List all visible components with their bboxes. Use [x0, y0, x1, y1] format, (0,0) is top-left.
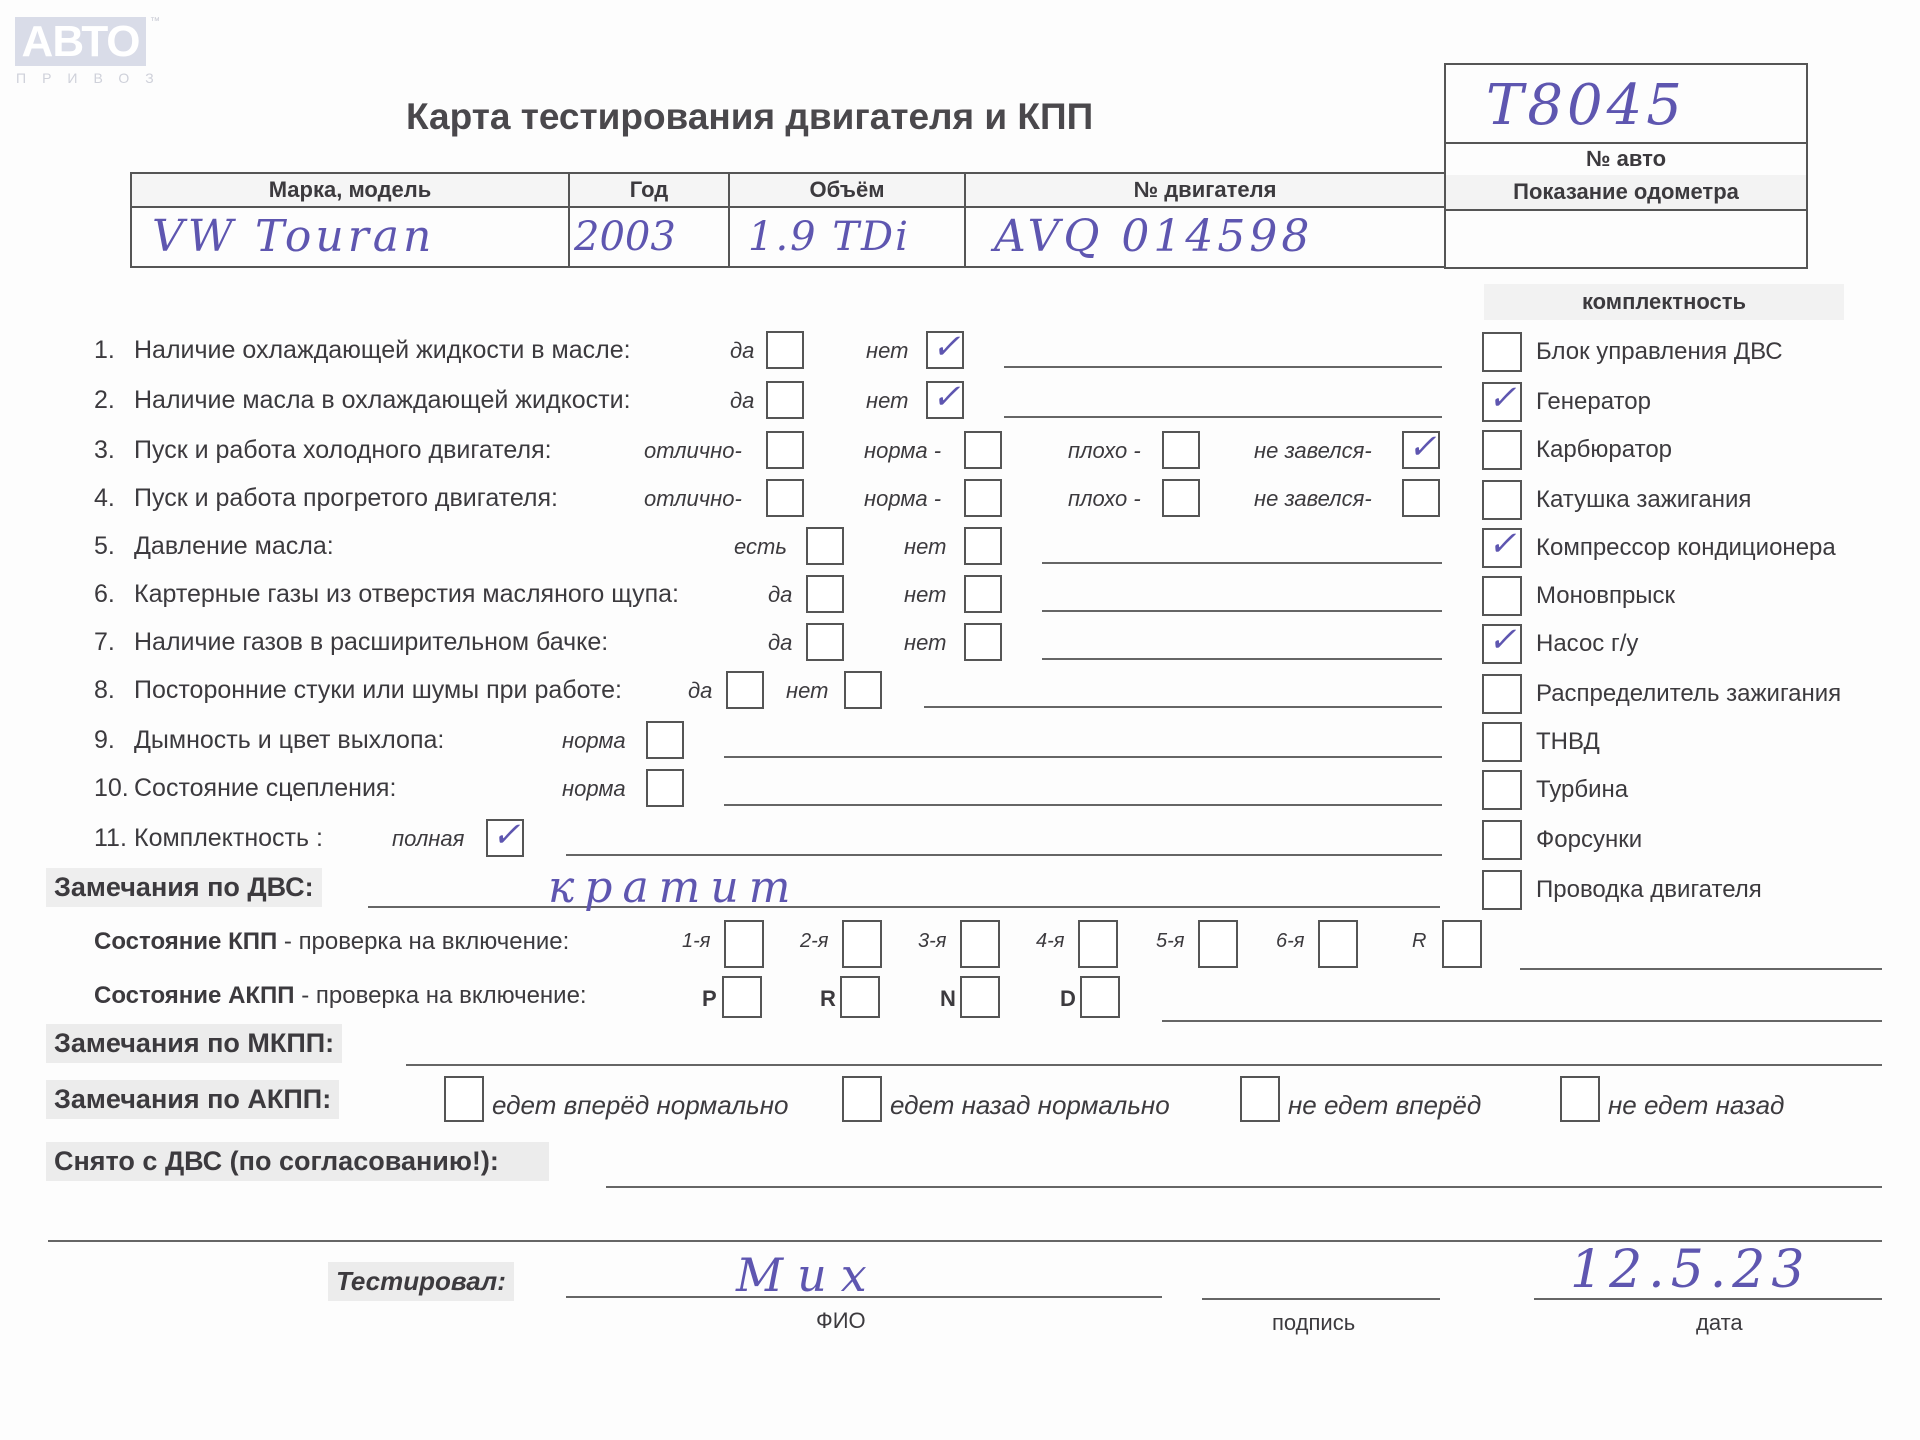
auto-gearbox-label-bold: Состояние АКПП — [94, 982, 295, 1009]
auto-gearbox-label-rest: - проверка на включение: — [295, 982, 587, 1009]
option-checkbox[interactable]: ✓ — [1402, 431, 1440, 469]
gear-checkbox[interactable] — [960, 920, 1000, 968]
check-question: Наличие газов в расширительном бачке: — [134, 628, 608, 657]
document-title: Карта тестирования двигателя и КПП — [406, 96, 1093, 138]
checkmark-icon: ✓ — [932, 327, 961, 367]
option-label: да — [730, 338, 754, 364]
remarks-engine-value: кратит — [548, 862, 800, 913]
notes-line[interactable] — [1042, 562, 1442, 564]
vehicle-col-volume[interactable]: Объём 1.9 TDi — [730, 174, 966, 266]
gear-label: 3-я — [918, 930, 946, 953]
logo: АВТО — [15, 17, 146, 66]
option-checkbox[interactable] — [964, 431, 1002, 469]
notes-line[interactable] — [924, 706, 1442, 708]
check-question: Состояние сцепления: — [134, 774, 396, 803]
option-label: плохо - — [1068, 486, 1141, 512]
completeness-checkbox[interactable]: ✓ — [1482, 624, 1522, 664]
option-label: полная — [392, 826, 464, 852]
removed-line[interactable] — [606, 1186, 1882, 1188]
check-number: 2. — [94, 386, 115, 415]
position-checkbox[interactable] — [722, 976, 762, 1018]
checkmark-icon: ✓ — [932, 377, 961, 417]
option-checkbox[interactable] — [646, 769, 684, 807]
notes-line[interactable] — [1042, 610, 1442, 612]
completeness-checkbox[interactable] — [1482, 332, 1522, 372]
option-checkbox[interactable] — [766, 381, 804, 419]
auto-gearbox-label: Состояние АКПП - проверка на включение: — [94, 982, 587, 1010]
check-question: Картерные газы из отверстия масляного щу… — [134, 580, 679, 609]
check-number: 3. — [94, 436, 115, 465]
akpp-remark-label: едет назад нормально — [890, 1090, 1170, 1121]
akpp-remark-checkbox[interactable] — [842, 1076, 882, 1122]
logo-subtitle: ПРИВОЗ — [16, 70, 170, 86]
check-question: Пуск и работа прогретого двигателя: — [134, 484, 558, 513]
auto-number-value: T8045 — [1486, 73, 1686, 138]
check-number: 7. — [94, 628, 115, 657]
signature-caption: подпись — [1272, 1310, 1355, 1336]
option-checkbox[interactable] — [964, 623, 1002, 661]
option-label: норма - — [864, 438, 941, 464]
completeness-label: Турбина — [1536, 776, 1628, 804]
akpp-remark-label: едет вперёд нормально — [492, 1090, 788, 1121]
completeness-label: Компрессор кондиционера — [1536, 534, 1836, 562]
position-checkbox[interactable] — [960, 976, 1000, 1018]
option-label: отлично- — [644, 438, 742, 464]
option-checkbox[interactable] — [1162, 431, 1200, 469]
check-number: 5. — [94, 532, 115, 561]
akpp-remark-checkbox[interactable] — [444, 1076, 484, 1122]
tester-name-value: Мих — [736, 1248, 881, 1302]
option-label: нет — [904, 630, 946, 656]
position-label: R — [820, 986, 836, 1012]
header-engine-number: № двигателя — [966, 174, 1444, 206]
volume-value: 1.9 TDi — [748, 208, 964, 266]
tester-name-caption: ФИО — [816, 1308, 866, 1334]
engine-number-value: AVQ 014598 — [994, 208, 1444, 266]
remarks-engine-label: Замечания по ДВС: — [46, 868, 322, 907]
completeness-label: Карбюратор — [1536, 436, 1672, 464]
manual-gearbox-notes-line[interactable] — [1520, 968, 1882, 970]
notes-line[interactable] — [1042, 658, 1442, 660]
checkmark-icon: ✓ — [1408, 427, 1437, 467]
gear-checkbox[interactable] — [842, 920, 882, 968]
logo-trademark: ™ — [150, 16, 160, 27]
gear-checkbox[interactable] — [1198, 920, 1238, 968]
completeness-checkbox[interactable] — [1482, 576, 1522, 616]
option-label: норма — [562, 776, 626, 802]
auto-number-label: № авто — [1446, 142, 1806, 177]
option-checkbox[interactable]: ✓ — [926, 331, 964, 369]
completeness-label: Проводка двигателя — [1536, 876, 1762, 904]
check-question: Дымность и цвет выхлопа: — [134, 726, 444, 755]
notes-line[interactable] — [1004, 366, 1442, 368]
completeness-label: ТНВД — [1536, 728, 1600, 756]
position-label: N — [940, 986, 956, 1012]
header-volume: Объём — [730, 174, 964, 206]
position-checkbox[interactable] — [1080, 976, 1120, 1018]
removed-label: Снято с ДВС (по согласованию!): — [46, 1142, 549, 1181]
remarks-engine-line[interactable] — [368, 906, 1440, 908]
date-value: 12.5.23 — [1570, 1240, 1810, 1300]
option-label: да — [688, 678, 712, 704]
notes-line[interactable] — [566, 854, 1442, 856]
option-checkbox[interactable]: ✓ — [926, 381, 964, 419]
completeness-label: Насос г/у — [1536, 630, 1638, 658]
checkmark-icon: ✓ — [492, 815, 521, 855]
checkmark-icon: ✓ — [1488, 620, 1517, 660]
completeness-checkbox[interactable] — [1482, 674, 1522, 714]
completeness-checkbox[interactable]: ✓ — [1482, 382, 1522, 422]
option-label: да — [768, 582, 792, 608]
check-number: 9. — [94, 726, 115, 755]
gear-checkbox[interactable] — [1318, 920, 1358, 968]
option-label: есть — [734, 534, 787, 560]
auto-number-box: T8045 № авто Показание одометра — [1444, 63, 1808, 269]
year-value: 2003 — [574, 208, 728, 266]
completeness-header: комплектность — [1484, 284, 1844, 320]
option-label: не завелся- — [1254, 486, 1372, 512]
completeness-checkbox[interactable] — [1482, 770, 1522, 810]
option-checkbox[interactable] — [964, 575, 1002, 613]
auto-gearbox-notes-line[interactable] — [1162, 1020, 1882, 1022]
position-checkbox[interactable] — [840, 976, 880, 1018]
option-label: норма — [562, 728, 626, 754]
manual-gearbox-label-bold: Состояние КПП — [94, 928, 277, 955]
notes-line[interactable] — [724, 756, 1442, 758]
check-question: Комплектность : — [134, 824, 323, 853]
completeness-label: Форсунки — [1536, 826, 1642, 854]
completeness-checkbox[interactable] — [1482, 722, 1522, 762]
option-label: нет — [904, 582, 946, 608]
option-label: отлично- — [644, 486, 742, 512]
completeness-checkbox[interactable] — [1482, 820, 1522, 860]
completeness-label: Распределитель зажигания — [1536, 680, 1841, 708]
vehicle-table: Марка, модель VW Touran Год 2003 Объём 1… — [130, 172, 1446, 268]
option-label: не завелся- — [1254, 438, 1372, 464]
gear-checkbox[interactable] — [1078, 920, 1118, 968]
option-label: да — [768, 630, 792, 656]
remarks-auto-label: Замечания по АКПП: — [46, 1080, 339, 1119]
completeness-checkbox[interactable] — [1482, 430, 1522, 470]
check-number: 1. — [94, 336, 115, 365]
manual-gearbox-label-rest: - проверка на включение: — [277, 928, 569, 955]
gear-label: 1-я — [682, 930, 710, 953]
odometer-label: Показание одометра — [1446, 175, 1806, 211]
option-checkbox[interactable] — [964, 479, 1002, 517]
position-label: D — [1060, 986, 1076, 1012]
notes-line[interactable] — [1004, 416, 1442, 418]
checkmark-icon: ✓ — [1488, 378, 1517, 418]
gear-label: 4-я — [1036, 930, 1064, 953]
remarks-manual-label: Замечания по МКПП: — [46, 1024, 342, 1063]
gear-label: R — [1412, 930, 1426, 953]
notes-line[interactable] — [724, 804, 1442, 806]
header-model: Марка, модель — [132, 174, 568, 206]
check-question: Давление масла: — [134, 532, 334, 561]
check-number: 6. — [94, 580, 115, 609]
option-checkbox[interactable]: ✓ — [486, 819, 524, 857]
option-checkbox[interactable] — [806, 575, 844, 613]
odometer-field[interactable] — [1446, 211, 1806, 267]
option-checkbox[interactable] — [806, 527, 844, 565]
check-question: Наличие охлаждающей жидкости в масле: — [134, 336, 631, 365]
akpp-remark-checkbox[interactable] — [1560, 1076, 1600, 1122]
option-checkbox[interactable] — [1162, 479, 1200, 517]
option-checkbox[interactable] — [1402, 479, 1440, 517]
completeness-label: Катушка зажигания — [1536, 486, 1751, 514]
check-number: 11. — [94, 824, 127, 853]
tested-by-label: Тестировал: — [328, 1262, 514, 1301]
akpp-remark-label: не едет вперёд — [1288, 1090, 1481, 1121]
completeness-checkbox[interactable]: ✓ — [1482, 528, 1522, 568]
option-checkbox[interactable] — [844, 671, 882, 709]
completeness-label: Блок управления ДВС — [1536, 338, 1783, 366]
header-year: Год — [570, 174, 728, 206]
option-checkbox[interactable] — [726, 671, 764, 709]
option-label: норма - — [864, 486, 941, 512]
manual-gearbox-label: Состояние КПП - проверка на включение: — [94, 928, 569, 956]
option-label: нет — [904, 534, 946, 560]
completeness-checkbox[interactable] — [1482, 870, 1522, 910]
gear-label: 2-я — [800, 930, 828, 953]
akpp-remark-label: не едет назад — [1608, 1090, 1784, 1121]
check-question: Наличие масла в охлаждающей жидкости: — [134, 386, 631, 415]
akpp-remark-checkbox[interactable] — [1240, 1076, 1280, 1122]
option-checkbox[interactable] — [806, 623, 844, 661]
signature-line[interactable] — [1202, 1298, 1440, 1300]
check-number: 4. — [94, 484, 115, 513]
option-label: плохо - — [1068, 438, 1141, 464]
check-number: 10. — [94, 774, 129, 803]
option-label: да — [730, 388, 754, 414]
position-label: P — [702, 986, 717, 1012]
option-checkbox[interactable] — [964, 527, 1002, 565]
auto-number-field[interactable]: T8045 — [1446, 65, 1806, 144]
option-checkbox[interactable] — [766, 479, 804, 517]
completeness-label: Моновпрыск — [1536, 582, 1675, 610]
option-label: нет — [866, 388, 908, 414]
check-number: 8. — [94, 676, 115, 705]
gear-label: 5-я — [1156, 930, 1184, 953]
option-label: нет — [786, 678, 828, 704]
option-label: нет — [866, 338, 908, 364]
option-checkbox[interactable] — [646, 721, 684, 759]
option-checkbox[interactable] — [766, 431, 804, 469]
checkmark-icon: ✓ — [1488, 524, 1517, 564]
check-question: Посторонние стуки или шумы при работе: — [134, 676, 622, 705]
completeness-checkbox[interactable] — [1482, 480, 1522, 520]
option-checkbox[interactable] — [766, 331, 804, 369]
remarks-manual-line[interactable] — [406, 1064, 1882, 1066]
gear-checkbox[interactable] — [1442, 920, 1482, 968]
check-question: Пуск и работа холодного двигателя: — [134, 436, 552, 465]
completeness-label: Генератор — [1536, 388, 1651, 416]
model-value: VW Touran — [152, 208, 568, 266]
vehicle-col-model[interactable]: Марка, модель VW Touran — [132, 174, 570, 266]
gear-label: 6-я — [1276, 930, 1304, 953]
date-caption: дата — [1696, 1310, 1743, 1336]
gear-checkbox[interactable] — [724, 920, 764, 968]
vehicle-col-engine-number[interactable]: № двигателя AVQ 014598 — [966, 174, 1444, 266]
vehicle-col-year[interactable]: Год 2003 — [570, 174, 730, 266]
